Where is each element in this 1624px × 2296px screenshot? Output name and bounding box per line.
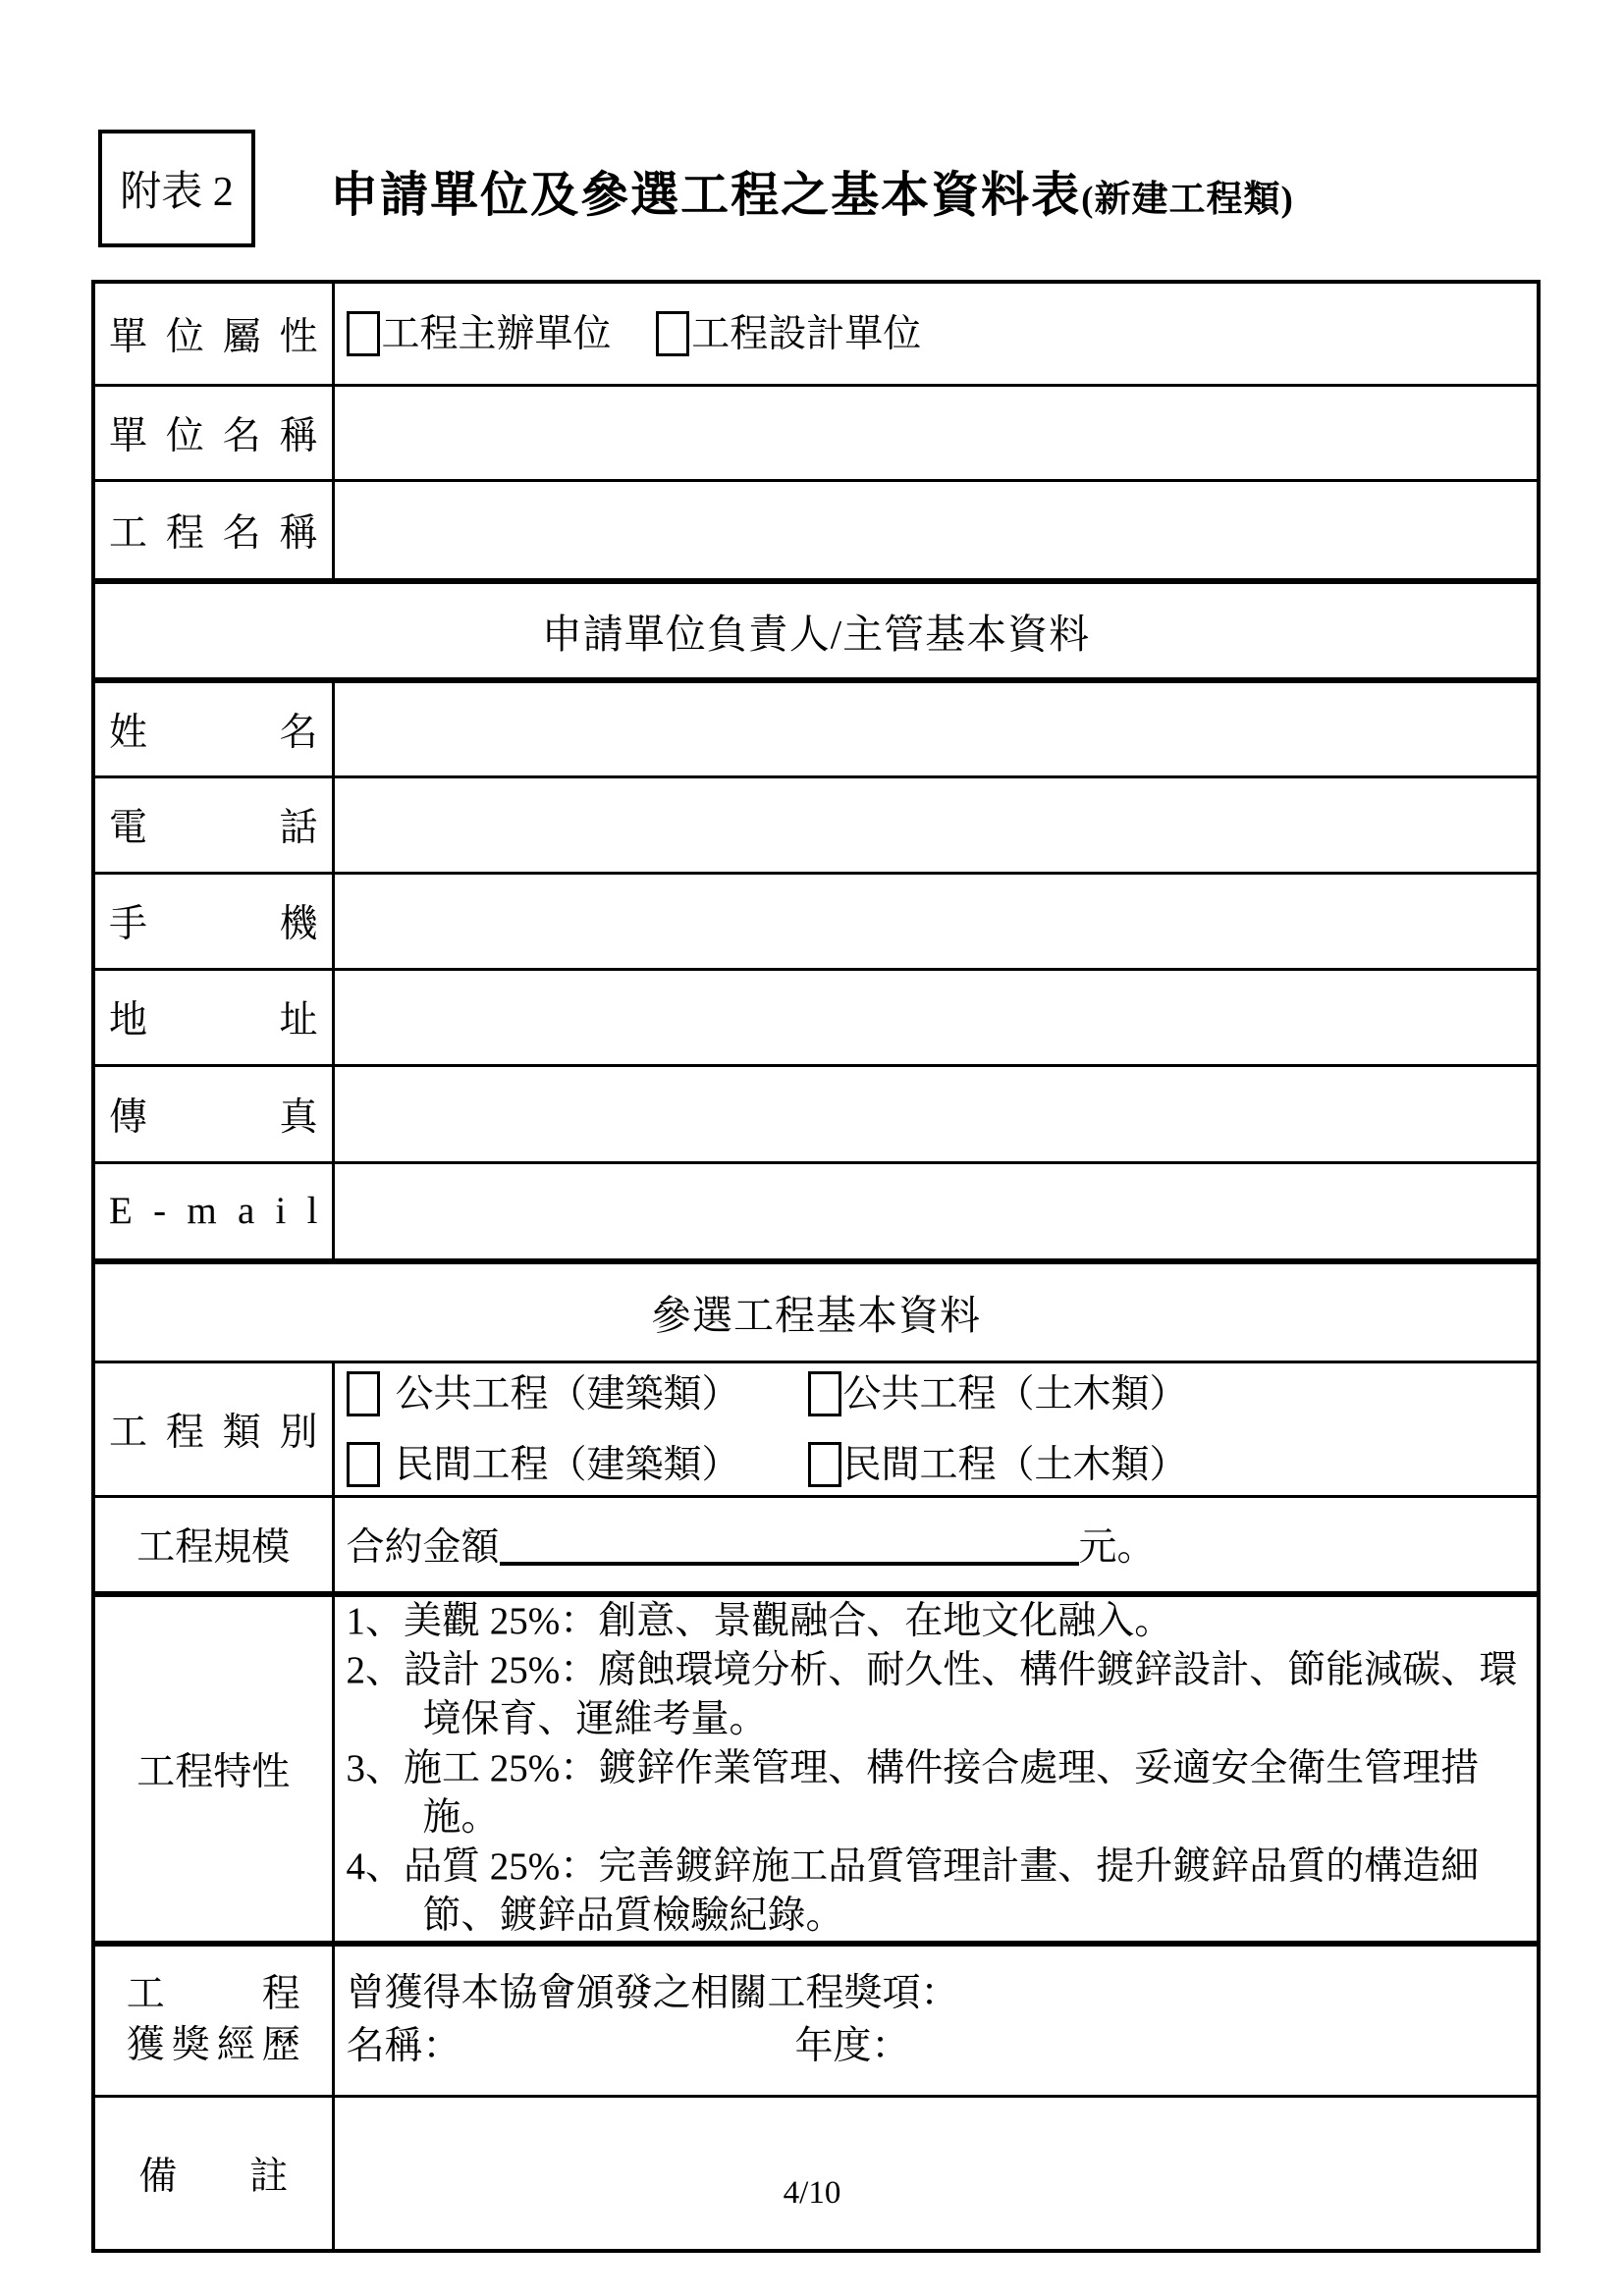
award-name-label: 名稱： <box>347 2025 461 2067</box>
contract-amount-blank[interactable] <box>500 1517 1079 1566</box>
page-title-suffix: (新建工程類) <box>1081 180 1294 220</box>
unit-name-label-cell: 單 位 名 稱 <box>93 385 333 480</box>
contact-fax-label-cell: 傳 真 <box>93 1065 333 1162</box>
private-building-checkbox[interactable] <box>347 1442 380 1487</box>
option-project-designer: 工程設計單位 <box>656 313 921 355</box>
contact-mobile-field[interactable] <box>333 873 1539 969</box>
project-awards-label-cell: 工 程 獲獎經歷 <box>93 1944 333 2096</box>
row-contact-phone: 電 話 <box>93 776 1539 873</box>
contact-phone-field[interactable] <box>333 776 1539 873</box>
unit-attribute-label: 單 位 屬 性 <box>109 306 318 361</box>
contact-phone-label: 電 話 <box>109 797 318 852</box>
row-project-category: 工 程 類 別 公共工程（建築類） 公共工程（土木類） 民間工程（建築類） 民間… <box>93 1362 1539 1496</box>
project-awards-label-line2: 獲獎經歷 <box>127 2020 300 2071</box>
row-contact-mobile: 手 機 <box>93 873 1539 969</box>
project-awards-label: 工 程 獲獎經歷 <box>127 1969 300 2071</box>
application-form-table: 單 位 屬 性 工程主辦單位 工程設計單位 單 位 名 稱 工 程 名 稱 申請… <box>91 280 1541 2253</box>
option-project-owner: 工程主辦單位 <box>347 313 612 355</box>
category-options: 公共工程（建築類） 公共工程（土木類） 民間工程（建築類） 民間工程（土木類） <box>347 1363 1526 1495</box>
option-private-building: 民間工程（建築類） <box>347 1434 808 1495</box>
project-owner-option-label: 工程主辦單位 <box>382 313 612 355</box>
project-designer-option-label: 工程設計單位 <box>691 313 921 355</box>
public-building-checkbox[interactable] <box>347 1371 380 1416</box>
option-private-civil: 民間工程（土木類） <box>808 1434 1526 1495</box>
contact-email-field[interactable] <box>333 1162 1539 1261</box>
remarks-label-cell: 備 註 <box>93 2096 333 2251</box>
contact-phone-label-cell: 電 話 <box>93 776 333 873</box>
characteristic-item-construction: 3、施工 25%：鍍鋅作業管理、構件接合處理、妥適安全衛生管理措施。 <box>347 1744 1526 1842</box>
contact-mobile-label-cell: 手 機 <box>93 873 333 969</box>
awards-intro: 曾獲得本協會頒發之相關工程獎項： <box>347 1967 1526 2020</box>
project-awards-field[interactable]: 曾獲得本協會頒發之相關工程獎項： 名稱：年度： <box>333 1944 1539 2096</box>
row-unit-name: 單 位 名 稱 <box>93 385 1539 480</box>
section-header-contact: 申請單位負責人/主管基本資料 <box>93 581 1539 680</box>
public-civil-option-label: 公共工程（土木類） <box>843 1373 1188 1415</box>
contact-address-field[interactable] <box>333 969 1539 1065</box>
project-awards-label-line1: 工 程 <box>127 1969 300 2020</box>
project-name-field[interactable] <box>333 480 1539 581</box>
page-title-main: 申請單位及參選工程之基本資料表 <box>330 168 1081 222</box>
contact-address-label-cell: 地 址 <box>93 969 333 1065</box>
project-designer-checkbox[interactable] <box>656 311 689 356</box>
option-public-building: 公共工程（建築類） <box>347 1363 808 1424</box>
row-contact-fax: 傳 真 <box>93 1065 1539 1162</box>
row-contact-address: 地 址 <box>93 969 1539 1065</box>
characteristic-item-design: 2、設計 25%：腐蝕環境分析、耐久性、構件鍍鋅設計、節能減碳、環境保育、運維考… <box>347 1646 1526 1744</box>
public-building-option-label: 公共工程（建築類） <box>396 1373 740 1415</box>
contact-fax-field[interactable] <box>333 1065 1539 1162</box>
project-scale-label-cell: 工程規模 <box>93 1496 333 1594</box>
contact-name-label: 姓 名 <box>109 702 318 757</box>
private-building-option-label: 民間工程（建築類） <box>396 1444 740 1486</box>
row-remarks: 備 註 <box>93 2096 1539 2251</box>
form-page: 附表 2 申請單位及參選工程之基本資料表(新建工程類) 單 位 屬 性 工程主辦… <box>0 0 1624 2296</box>
row-section-header-contact: 申請單位負責人/主管基本資料 <box>93 581 1539 680</box>
contract-amount-prefix: 合約金額 <box>347 1526 500 1569</box>
contact-email-label-cell: E - m a i l <box>93 1162 333 1261</box>
row-project-awards: 工 程 獲獎經歷 曾獲得本協會頒發之相關工程獎項： 名稱：年度： <box>93 1944 1539 2096</box>
public-civil-checkbox[interactable] <box>808 1371 841 1416</box>
private-civil-checkbox[interactable] <box>808 1442 841 1487</box>
row-project-name: 工 程 名 稱 <box>93 480 1539 581</box>
row-contact-name: 姓 名 <box>93 680 1539 776</box>
page-title: 申請單位及參選工程之基本資料表(新建工程類) <box>0 157 1624 226</box>
project-owner-checkbox[interactable] <box>347 311 380 356</box>
project-name-label: 工 程 名 稱 <box>109 503 318 558</box>
contact-name-field[interactable] <box>333 680 1539 776</box>
contact-mobile-label: 手 機 <box>109 893 318 948</box>
contact-fax-label: 傳 真 <box>109 1087 318 1142</box>
contact-address-label: 地 址 <box>109 989 318 1044</box>
page-number: 4/10 <box>0 2175 1624 2212</box>
row-unit-attribute: 單 位 屬 性 工程主辦單位 工程設計單位 <box>93 282 1539 385</box>
project-characteristics-label: 工程特性 <box>136 1751 290 1793</box>
unit-attribute-field: 工程主辦單位 工程設計單位 <box>333 282 1539 385</box>
row-section-header-project: 參選工程基本資料 <box>93 1261 1539 1362</box>
project-scale-label: 工程規模 <box>136 1526 290 1569</box>
option-public-civil: 公共工程（土木類） <box>808 1363 1526 1424</box>
contact-name-label-cell: 姓 名 <box>93 680 333 776</box>
project-scale-field: 合約金額元。 <box>333 1496 1539 1594</box>
private-civil-option-label: 民間工程（土木類） <box>843 1444 1188 1486</box>
remarks-field[interactable] <box>333 2096 1539 2251</box>
contact-email-label: E - m a i l <box>109 1189 318 1233</box>
project-characteristics-label-cell: 工程特性 <box>93 1594 333 1944</box>
characteristic-item-aesthetics: 1、美觀 25%：創意、景觀融合、在地文化融入。 <box>347 1597 1526 1646</box>
unit-attribute-label-cell: 單 位 屬 性 <box>93 282 333 385</box>
unit-name-label: 單 位 名 稱 <box>109 405 318 460</box>
awards-entry-line: 名稱：年度： <box>347 2020 1526 2073</box>
project-category-label-cell: 工 程 類 別 <box>93 1362 333 1496</box>
characteristic-item-quality: 4、品質 25%：完善鍍鋅施工品質管理計畫、提升鍍鋅品質的構造細節、鍍鋅品質檢驗… <box>347 1842 1526 1941</box>
contract-amount-suffix: 元。 <box>1079 1526 1156 1569</box>
project-category-field: 公共工程（建築類） 公共工程（土木類） 民間工程（建築類） 民間工程（土木類） <box>333 1362 1539 1496</box>
row-project-characteristics: 工程特性 1、美觀 25%：創意、景觀融合、在地文化融入。 2、設計 25%：腐… <box>93 1594 1539 1944</box>
unit-name-field[interactable] <box>333 385 1539 480</box>
project-characteristics-field: 1、美觀 25%：創意、景觀融合、在地文化融入。 2、設計 25%：腐蝕環境分析… <box>333 1594 1539 1944</box>
row-contact-email: E - m a i l <box>93 1162 1539 1261</box>
project-name-label-cell: 工 程 名 稱 <box>93 480 333 581</box>
project-category-label: 工 程 類 別 <box>109 1402 318 1457</box>
section-header-project: 參選工程基本資料 <box>93 1261 1539 1362</box>
row-project-scale: 工程規模 合約金額元。 <box>93 1496 1539 1594</box>
award-year-label: 年度： <box>795 2025 910 2067</box>
